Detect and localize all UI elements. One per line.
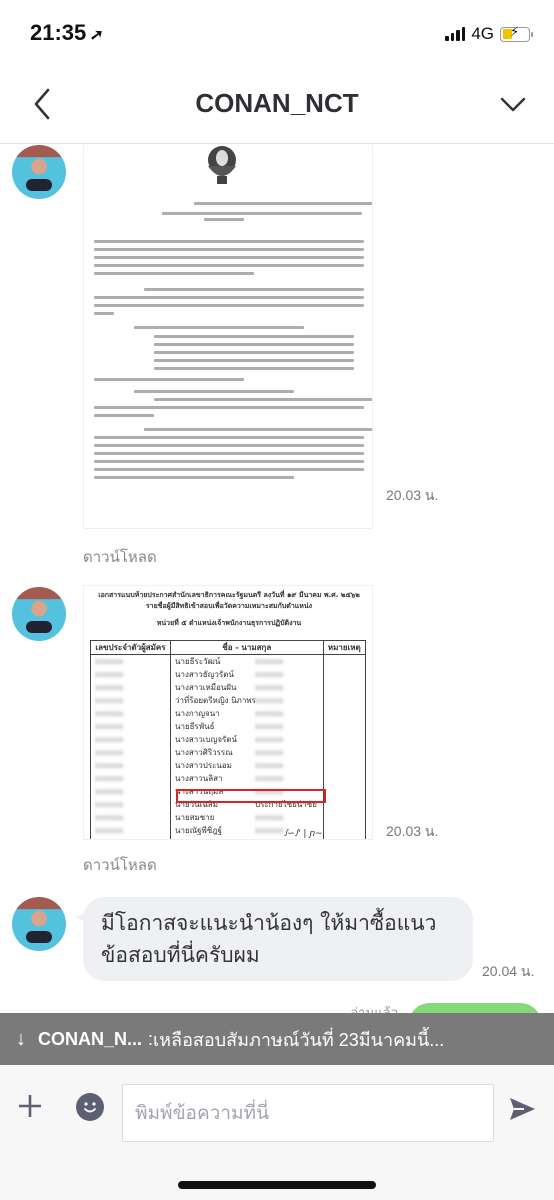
download-link[interactable]: ดาวน์โหลด: [83, 545, 157, 569]
message-input-bar: [0, 1065, 554, 1200]
document-text-line: [94, 272, 254, 275]
battery-icon: ⚡: [500, 27, 530, 42]
table-row: xxxxxxนางสาวศิริวรรณxxxxxx: [91, 746, 366, 759]
emoji-icon: [76, 1093, 104, 1121]
table-header: ชื่อ - นามสกุล: [171, 641, 324, 655]
table-header: เลขประจำตัวผู้สมัคร: [91, 641, 171, 655]
document-text-line: [94, 452, 364, 455]
candidate-id: xxxxxx: [91, 811, 171, 824]
candidate-table: เลขประจำตัวผู้สมัครชื่อ - นามสกุลหมายเหต…: [90, 640, 366, 840]
table-row: xxxxxxนายธีรพันธ์xxxxxx: [91, 720, 366, 733]
table-row: xxxxxxนายสมชายxxxxxx: [91, 811, 366, 824]
remark: [323, 681, 365, 694]
avatar[interactable]: [12, 145, 66, 199]
location-arrow-icon: ➚: [89, 24, 105, 46]
document-text-line: [94, 264, 364, 267]
send-button[interactable]: [508, 1095, 536, 1123]
clock: 21:35: [30, 20, 86, 45]
table-row: xxxxxxนางกาญจนาxxxxxx: [91, 707, 366, 720]
document-text-line: [154, 367, 354, 370]
candidate-id: xxxxxx: [91, 798, 171, 811]
document-text-line: [94, 468, 364, 471]
table-row: xxxxxxนางสาวนฤมลxxxxxx: [91, 837, 366, 840]
read-label: อ่านแล้ว: [344, 1005, 398, 1013]
document-text-line: [94, 256, 364, 259]
candidate-id: xxxxxx: [91, 733, 171, 746]
candidate-id: xxxxxx: [91, 824, 171, 837]
download-link[interactable]: ดาวน์โหลด: [83, 853, 157, 877]
banner-sender: CONAN_N...: [38, 1029, 142, 1050]
document-text-line: [94, 240, 364, 243]
status-time: 21:35➚: [30, 20, 104, 46]
document-text-line: [94, 304, 364, 307]
candidate-name: ว่าที่ร้อยตรีหญิง นิภาพรxxxxxx: [171, 694, 324, 707]
table-row: xxxxxxนายธีระวัฒน์xxxxxx: [91, 655, 366, 669]
candidate-name: นางสาวศิริวรรณxxxxxx: [171, 746, 324, 759]
candidate-name: นางสาวนลิสาxxxxxx: [171, 772, 324, 785]
doc-heading-3: หน่วยที่ ๕ ตำแหน่งเจ้าพนักงานธุรการปฏิบั…: [92, 618, 366, 629]
document-text-line: [134, 326, 304, 329]
document-text-line: [154, 351, 354, 354]
remark: [323, 720, 365, 733]
table-header: หมายเหตุ: [323, 641, 365, 655]
remark: [323, 824, 365, 837]
document-text-line: [154, 359, 354, 362]
document-text-line: [94, 296, 364, 299]
document-text-line: [154, 398, 373, 401]
remark: [323, 746, 365, 759]
document-text-line: [94, 378, 244, 381]
chat-area[interactable]: 20.03 น. ดาวน์โหลด เอกสารแนบท้ายประกาศสำ…: [0, 145, 554, 1013]
table-row: xxxxxxนางสาวธัญวรัตน์xxxxxx: [91, 668, 366, 681]
banner-message: เหลือสอบสัมภาษณ์วันที่ 23มีนาคมนี้...: [153, 1025, 444, 1054]
incoming-message-bubble[interactable]: มีโอกาสจะแนะนำน้องๆ ให้มาซื้อแนวข้อสอบที…: [83, 897, 473, 981]
read-receipt: อ่านแล้ว 21.34 น.: [344, 1005, 398, 1013]
remark: [323, 837, 365, 840]
candidate-id: xxxxxx: [91, 759, 171, 772]
remark: [323, 668, 365, 681]
remark: [323, 694, 365, 707]
document-text-line: [94, 436, 364, 439]
remark: [323, 655, 365, 669]
message-time: 20.04 น.: [482, 961, 534, 983]
highlight-box: [176, 789, 326, 803]
chat-title[interactable]: CONAN_NCT: [0, 88, 554, 119]
message-time: 20.03 น.: [386, 485, 438, 507]
document-text-line: [194, 202, 373, 205]
chevron-down-icon: [498, 90, 528, 120]
document-text-line: [154, 335, 354, 338]
remark: [323, 798, 365, 811]
candidate-id: xxxxxx: [91, 707, 171, 720]
message-time: 20.03 น.: [386, 821, 438, 843]
table-row: xxxxxxนางสาวเบญจรัตน์xxxxxx: [91, 733, 366, 746]
network-type: 4G: [471, 24, 494, 44]
send-icon: [508, 1095, 536, 1123]
remark: [323, 733, 365, 746]
candidate-id: xxxxxx: [91, 785, 171, 798]
candidate-name: นางสาวธัญวรัตน์xxxxxx: [171, 668, 324, 681]
candidate-id: xxxxxx: [91, 681, 171, 694]
candidate-id: xxxxxx: [91, 668, 171, 681]
doc-heading-1: เอกสารแนบท้ายประกาศสำนักเลขาธิการคณะรัฐม…: [92, 590, 366, 601]
signature: ꭍ∽ꭍ' | ɲ~: [284, 826, 323, 839]
candidate-name: นายธีระวัฒน์xxxxxx: [171, 655, 324, 669]
document-text-line: [94, 414, 154, 417]
table-row: xxxxxxนางสาวประนอมxxxxxx: [91, 759, 366, 772]
document-image[interactable]: [83, 145, 373, 529]
chat-header: CONAN_NCT: [0, 66, 554, 144]
document-text-line: [162, 212, 362, 215]
document-divider: [204, 218, 244, 221]
candidate-id: xxxxxx: [91, 655, 171, 669]
table-row: xxxxxxว่าที่ร้อยตรีหญิง นิภาพรxxxxxx: [91, 694, 366, 707]
remark: [323, 785, 365, 798]
table-row: xxxxxxนางสาวเหมือนฝันxxxxxx: [91, 681, 366, 694]
candidate-name: นางสาวประนอมxxxxxx: [171, 759, 324, 772]
document-text-line: [94, 312, 114, 315]
candidate-id: xxxxxx: [91, 772, 171, 785]
remark: [323, 707, 365, 720]
status-indicators: 4G ⚡: [445, 24, 530, 44]
document-text-line: [94, 444, 364, 447]
candidate-id: xxxxxx: [91, 746, 171, 759]
menu-dropdown-button[interactable]: [498, 90, 528, 120]
candidate-name: นายสมชายxxxxxx: [171, 811, 324, 824]
document-text-line: [94, 476, 294, 479]
candidate-id: xxxxxx: [91, 720, 171, 733]
doc-heading-2: รายชื่อผู้มีสิทธิเข้าสอบเพื่อวัดความเหมา…: [92, 601, 366, 612]
document-table-image[interactable]: เอกสารแนบท้ายประกาศสำนักเลขาธิการคณะรัฐม…: [83, 585, 373, 840]
table-row: xxxxxxนายณัฐพีชิฎฐ์xxxxxx: [91, 824, 366, 837]
table-row: xxxxxxนางสาวนลิสาxxxxxx: [91, 772, 366, 785]
add-attachment-button[interactable]: [16, 1092, 44, 1120]
candidate-name: นายธีรพันธ์xxxxxx: [171, 720, 324, 733]
outgoing-message-bubble[interactable]: ยินดีด้วยค่ะ: [408, 1003, 542, 1013]
arrow-down-icon: ↓: [16, 1028, 26, 1051]
plus-icon: [16, 1092, 44, 1120]
candidate-id: xxxxxx: [91, 694, 171, 707]
remark: [323, 772, 365, 785]
document-text-line: [144, 288, 364, 291]
avatar[interactable]: [12, 897, 66, 951]
document-text-line: [94, 460, 364, 463]
status-bar: 21:35➚ 4G ⚡: [0, 0, 554, 66]
home-indicator[interactable]: [178, 1181, 376, 1189]
avatar[interactable]: [12, 587, 66, 641]
document-text-line: [144, 428, 373, 431]
document-text-line: [94, 406, 364, 409]
document-text-line: [154, 343, 354, 346]
candidate-name: นางสาวเหมือนฝันxxxxxx: [171, 681, 324, 694]
candidate-name: นางกาญจนาxxxxxx: [171, 707, 324, 720]
signal-icon: [445, 27, 465, 41]
message-input[interactable]: [122, 1084, 494, 1142]
document-text-line: [94, 248, 364, 251]
garuda-emblem-icon: [202, 145, 242, 188]
remark: [323, 811, 365, 824]
emoji-button[interactable]: [76, 1093, 104, 1121]
new-message-banner[interactable]: ↓ CONAN_N... : เหลือสอบสัมภาษณ์วันที่ 23…: [0, 1013, 554, 1065]
candidate-id: xxxxxx: [91, 837, 171, 840]
document-text-line: [134, 390, 294, 393]
remark: [323, 759, 365, 772]
candidate-name: นางสาวเบญจรัตน์xxxxxx: [171, 733, 324, 746]
